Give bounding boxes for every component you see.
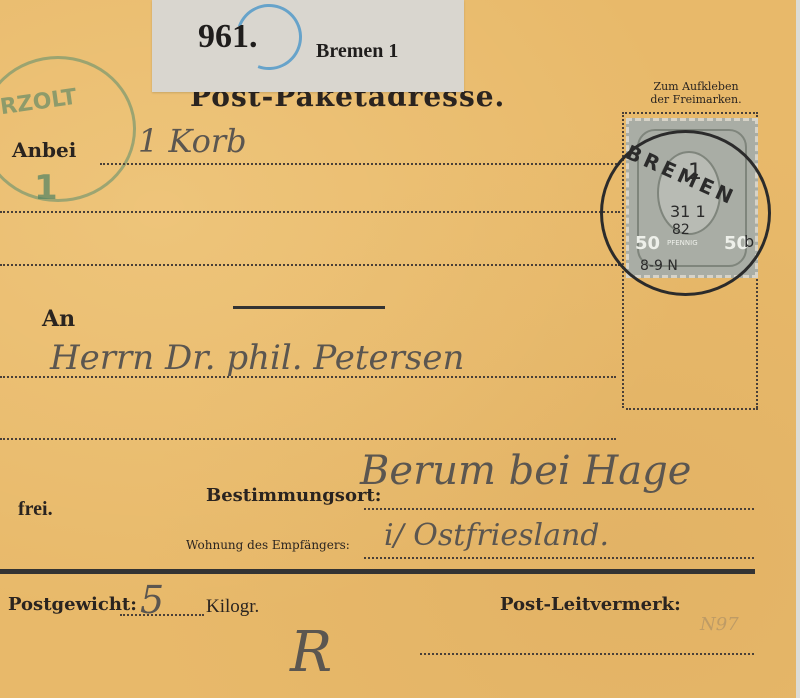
routing-dotted-line	[420, 653, 754, 655]
routing-label: Post-Leitvermerk:	[500, 594, 681, 615]
dotted-line	[0, 211, 620, 213]
dotted-line	[100, 163, 620, 165]
destination-label: Bestimmungsort:	[206, 485, 381, 506]
initial-mark: R	[290, 620, 332, 685]
parcel-label: 961. Bremen 1	[152, 0, 464, 92]
post-office-name: Bremen 1	[316, 40, 398, 63]
parcel-address-card: RZOLT 1 Post-Paketadresse. 961. Bremen 1…	[0, 0, 796, 698]
postmark-suffix: b	[744, 232, 754, 251]
divider-line	[233, 306, 385, 309]
an-label: An	[42, 306, 75, 332]
green-cancel-number: 1	[34, 168, 58, 208]
recipient-name: Herrn Dr. phil. Petersen	[50, 338, 464, 378]
parcel-number: 961.	[198, 18, 258, 56]
residence-value: i/ Ostfriesland.	[384, 518, 609, 553]
dotted-line	[364, 557, 754, 559]
postmark-date: 31 1	[670, 202, 706, 221]
frei-label: frei.	[18, 498, 53, 521]
dotted-line	[0, 376, 616, 378]
weight-label: Postgewicht:	[8, 594, 137, 615]
postmark-office-number: 1	[688, 160, 702, 185]
dotted-line	[364, 508, 754, 510]
stamp-caption-line1: Zum Aufkleben	[646, 80, 746, 93]
weight-unit: Kilogr.	[206, 596, 259, 618]
weight-value: 5	[140, 578, 164, 622]
stamp-caption-line2: der Freimarken.	[646, 93, 746, 106]
anbei-value: 1 Korb	[138, 122, 247, 160]
destination-value: Berum bei Hage	[360, 448, 691, 494]
anbei-label: Anbei	[12, 138, 76, 162]
postmark-time: 8-9 N	[640, 258, 678, 274]
section-rule	[0, 569, 755, 574]
stamp-box-caption: Zum Aufkleben der Freimarken.	[646, 80, 746, 106]
postmark-year: 82	[672, 222, 690, 238]
pencil-note: N97	[700, 614, 739, 635]
dotted-line	[0, 264, 620, 266]
card-edge	[796, 0, 800, 698]
residence-label: Wohnung des Empfängers:	[186, 538, 350, 552]
stamp-box-border-top	[622, 112, 758, 114]
dotted-line	[0, 438, 616, 440]
stamp-box-border-bottom	[626, 408, 758, 410]
green-cancel-stamp	[0, 56, 136, 202]
